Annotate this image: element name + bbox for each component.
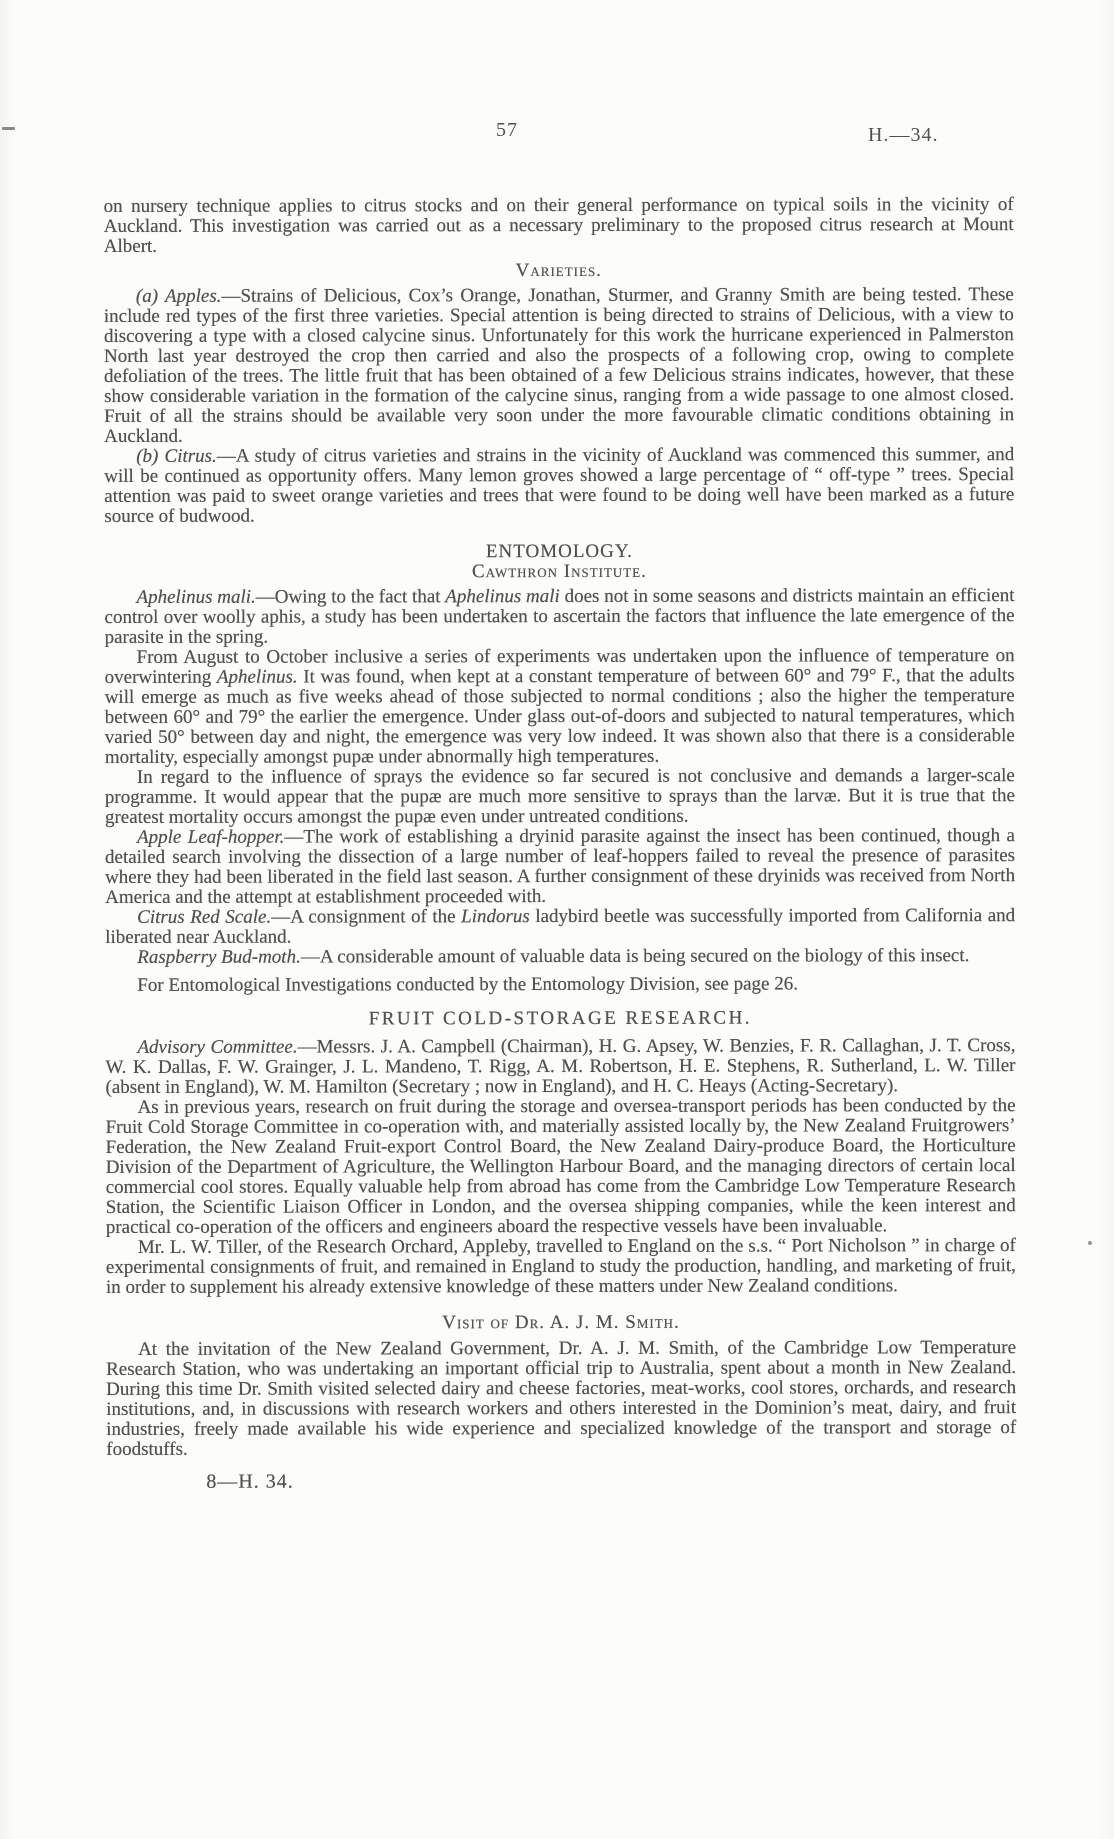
- heading-fruit-cold-storage: FRUIT COLD-STORAGE RESEARCH.: [105, 1008, 1015, 1030]
- raspberry-bud-moth-paragraph: Raspberry Bud-moth.—A considerable amoun…: [105, 946, 1015, 968]
- intro-paragraph: on nursery technique applies to citrus s…: [104, 195, 1014, 257]
- scanned-document-page: 57 H.—34. on nursery technique applies t…: [0, 0, 1114, 1839]
- text-run: —Strains of Delicious, Cox’s Orange, Jon…: [104, 284, 1014, 447]
- sprays-paragraph: In regard to the influence of sprays the…: [105, 766, 1015, 828]
- text-run: For Entomological Investigations conduct…: [137, 974, 798, 996]
- italic-text-run: Lindorus: [461, 906, 530, 927]
- italic-text-run: Aphelinus mali: [445, 586, 560, 607]
- heading-visit-dr-smith: Visit of Dr. A. J. M. Smith.: [106, 1312, 1016, 1334]
- doc-reference: H.—34.: [868, 124, 938, 147]
- text-run: —Owing to the fact that: [256, 586, 446, 607]
- text-run: —A considerable amount of valuable data …: [301, 945, 970, 967]
- italic-text-run: Apple Leaf-hopper.: [137, 827, 284, 848]
- page-number: 57: [0, 119, 1014, 142]
- text-run: —A study of citrus varieties and strains…: [104, 444, 1014, 527]
- heading-entomology: ENTOMOLOGY.: [104, 541, 1014, 563]
- text-run: Mr. L. W. Tiller, of the Research Orchar…: [106, 1235, 1016, 1298]
- text-run: As in previous years, research on fruit …: [106, 1095, 1016, 1238]
- text-run: —A consignment of the: [271, 906, 461, 927]
- storage-research-paragraph: As in previous years, research on fruit …: [106, 1096, 1016, 1238]
- document-blocks: on nursery technique applies to citrus s…: [104, 195, 1017, 1460]
- text-run: Cawthron Institute.: [472, 561, 647, 582]
- document-content: on nursery technique applies to citrus s…: [104, 195, 1017, 1492]
- italic-text-run: Raspberry Bud-moth.: [137, 947, 301, 968]
- text-run: Visit of Dr. A. J. M. Smith.: [442, 1312, 680, 1333]
- apples-paragraph: (a) Apples.—Strains of Delicious, Cox’s …: [104, 285, 1014, 447]
- italic-text-run: Aphelinus.: [217, 667, 298, 688]
- text-run: ENTOMOLOGY.: [486, 541, 633, 562]
- italic-text-run: Advisory Committee.: [137, 1037, 297, 1058]
- italic-text-run: (b) Citrus.: [136, 446, 217, 467]
- italic-text-run: Citrus Red Scale.: [137, 907, 271, 928]
- dr-smith-visit-paragraph: At the invitation of the New Zealand Gov…: [106, 1338, 1016, 1460]
- heading-cawthron-institute: Cawthron Institute.: [104, 561, 1014, 583]
- advisory-committee-paragraph: Advisory Committee.—Messrs. J. A. Campbe…: [105, 1036, 1015, 1098]
- text-run: FRUIT COLD-STORAGE RESEARCH.: [369, 1008, 752, 1030]
- entomology-note: For Entomological Investigations conduct…: [105, 974, 1015, 996]
- aphelinus-paragraph: Aphelinus mali.—Owing to the fact that A…: [104, 586, 1014, 648]
- italic-text-run: (a) Apples.: [136, 286, 222, 307]
- temperature-experiments-paragraph: From August to October inclusive a serie…: [105, 646, 1015, 768]
- heading-varieties: Varieties.: [104, 260, 1014, 282]
- tiller-england-paragraph: Mr. L. W. Tiller, of the Research Orchar…: [106, 1236, 1016, 1298]
- text-run: At the invitation of the New Zealand Gov…: [106, 1337, 1016, 1460]
- text-run: Varieties.: [516, 260, 602, 281]
- citrus-red-scale-paragraph: Citrus Red Scale.—A consignment of the L…: [105, 906, 1015, 948]
- text-run: on nursery technique applies to citrus s…: [104, 194, 1014, 257]
- text-run: In regard to the influence of sprays the…: [105, 765, 1015, 828]
- footer-signature: 8—H. 34.: [206, 1470, 1016, 1492]
- italic-text-run: Aphelinus mali.: [136, 587, 255, 608]
- citrus-paragraph: (b) Citrus.—A study of citrus varieties …: [104, 445, 1014, 527]
- apple-leaf-hopper-paragraph: Apple Leaf-hopper.—The work of establish…: [105, 826, 1015, 908]
- scan-artifact-dot: [1088, 1241, 1092, 1245]
